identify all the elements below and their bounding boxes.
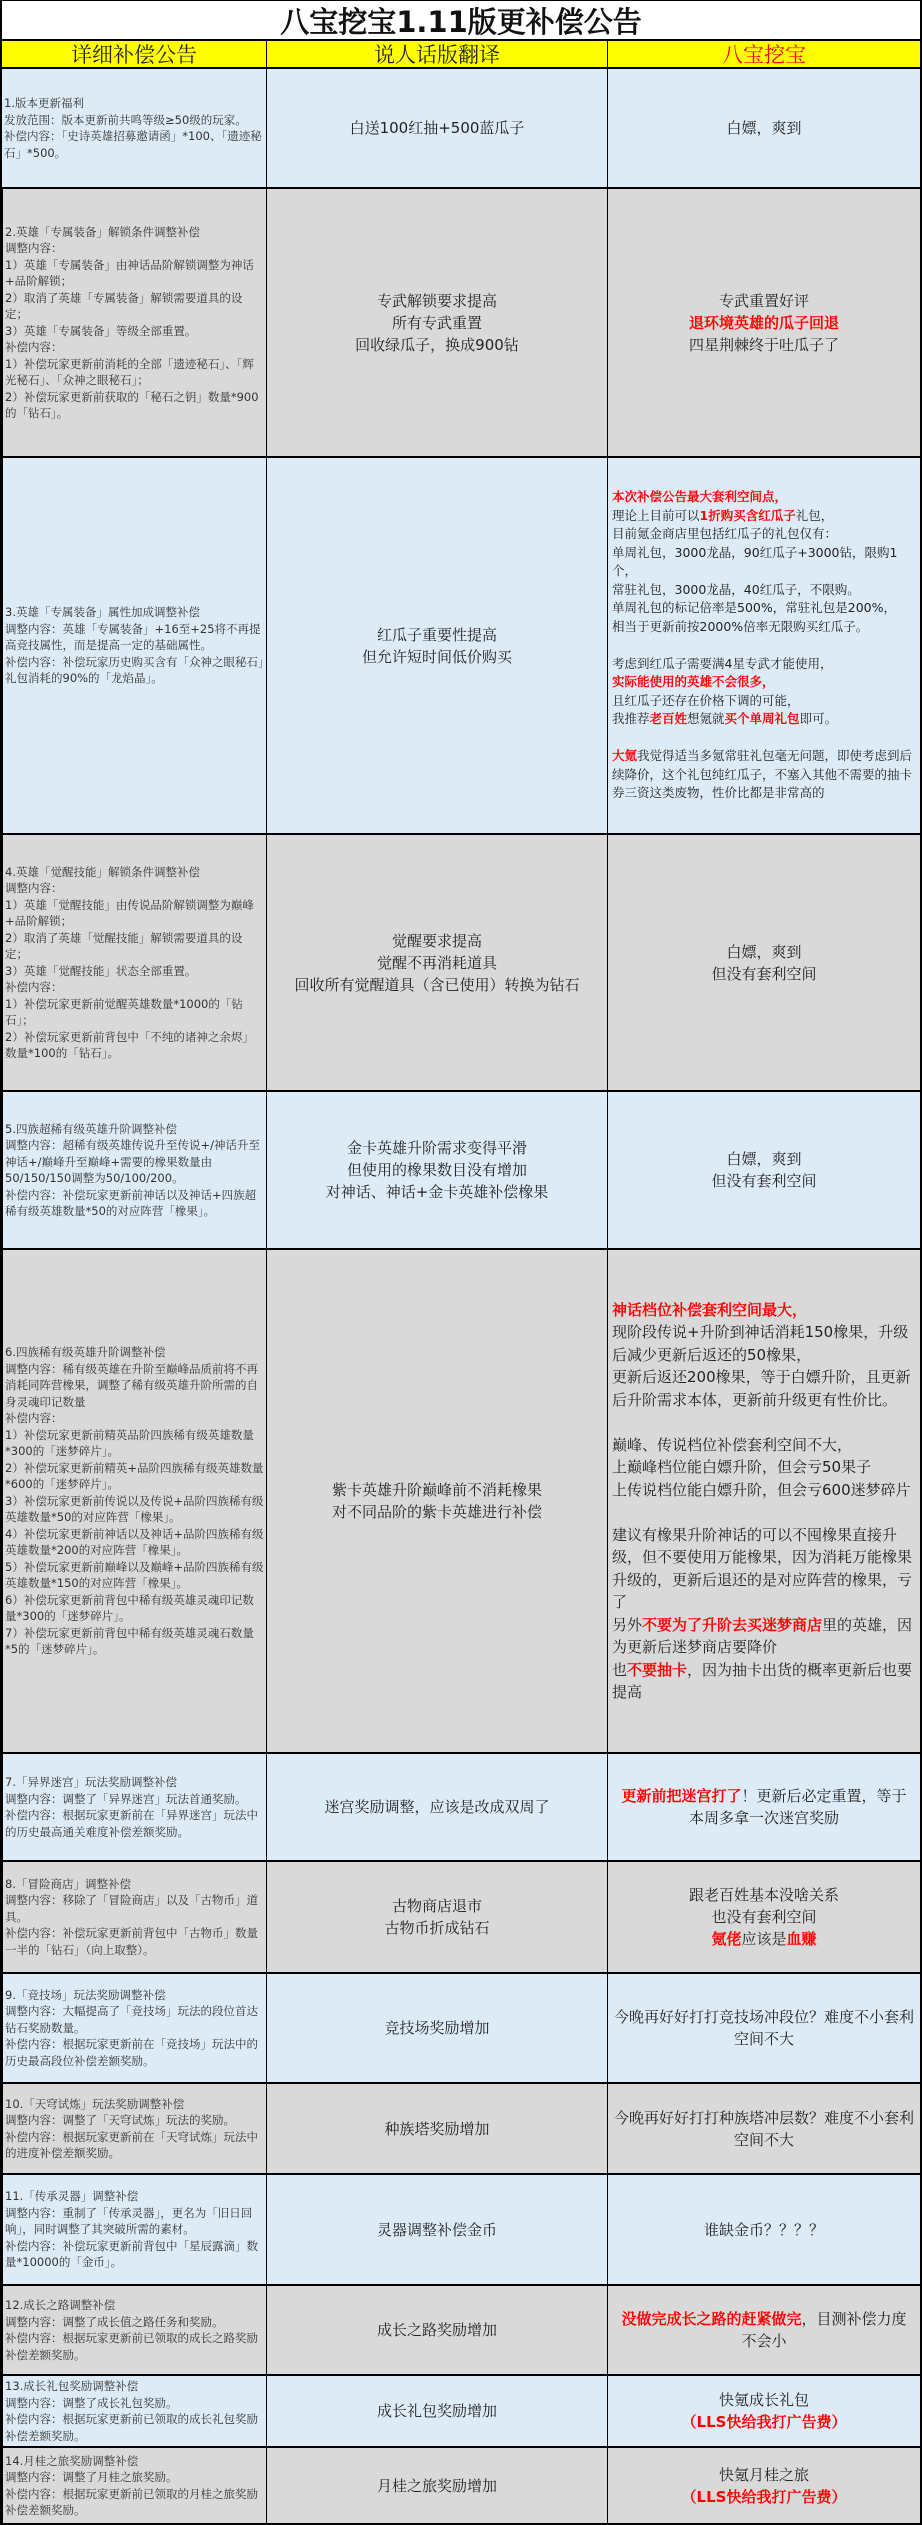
row-11-translation: 灵器调整补偿金币	[266, 2175, 607, 2286]
row-14-translation: 月桂之旅奖励增加	[266, 2448, 607, 2523]
row-5-translation: 金卡英雄升阶需求变得平滑 但使用的橡果数目没有增加 对神话、神话+金卡英雄补偿橡…	[266, 1092, 607, 1250]
header-babao: 八宝挖宝	[607, 39, 920, 69]
comment-text: 礼包， 目前氪金商店里包括红瓜子的礼包仅有： 单周礼包，3000龙晶，90红瓜子…	[612, 508, 897, 671]
row-10-comment: 今晚再好好打打种族塔冲层数？难度不小套利空间不大	[607, 2084, 920, 2175]
row-8-comment: 跟老百姓基本没啥关系 也没有套利空间 氪佬应该是血赚	[607, 1862, 920, 1974]
row-1-translation: 白送100红抽+500蓝瓜子	[266, 69, 607, 189]
highlight-text: 买个单周礼包	[725, 711, 800, 726]
comment-text: 理论上目前可以	[612, 508, 700, 523]
row-6-comment: 神话档位补偿套利空间最大， 现阶段传说+升阶到神话消耗150橡果，升级后减少更新…	[607, 1250, 920, 1754]
row-4-comment: 白嫖，爽到 但没有套利空间	[607, 835, 920, 1092]
row-8-translation: 古物商店退市 古物币折成钻石	[266, 1862, 607, 1974]
highlight-text: 退环境英雄的瓜子回退	[689, 314, 839, 332]
comment-text: 快氪月桂之旅	[719, 2466, 809, 2484]
row-10-translation: 种族塔奖励增加	[266, 2084, 607, 2175]
row-2-translation: 专武解锁要求提高 所有专武重置 回收绿瓜子，换成900钻	[266, 189, 607, 458]
row-14-detail: 14.月桂之旅奖励调整补偿 调整内容：调整了月桂之旅奖励。 补偿内容：根据玩家更…	[2, 2448, 266, 2523]
row-9-translation: 竞技场奖励增加	[266, 1974, 607, 2084]
highlight-text: 本次补偿公告最大套利空间点，	[612, 489, 787, 504]
comment-text: 即可。	[800, 711, 838, 726]
comment-text: 我觉得适当多氪常驻礼包毫无问题，即使考虑到后续降价，这个礼包纯红瓜子，不塞入其他…	[612, 748, 912, 800]
row-3-comment: 本次补偿公告最大套利空间点， 理论上目前可以1折购买含红瓜子礼包， 目前氪金商店…	[607, 458, 920, 835]
highlight-text: （LLS快给我打广告费）	[682, 2488, 847, 2506]
comment-text: 跟老百姓基本没啥关系 也没有套利空间	[689, 1886, 839, 1926]
highlight-text: 没做完成长之路的赶紧做完	[621, 2310, 801, 2328]
highlight-text: 血赚	[787, 1930, 817, 1948]
row-7-comment: 更新前把迷宫打了！更新后必定重置，等于本周多拿一次迷宫奖励	[607, 1754, 920, 1862]
highlight-text: （LLS快给我打广告费）	[682, 2413, 847, 2431]
row-7-detail: 7.「异界迷宫」玩法奖励调整补偿 调整内容：调整了「异界迷宫」玩法首通奖励。 补…	[2, 1754, 266, 1862]
header-detail: 详细补偿公告	[2, 39, 266, 69]
row-10-detail: 10.「天穹试炼」玩法奖励调整补偿 调整内容：调整了「天穹试炼」玩法的奖励。 补…	[2, 2084, 266, 2175]
highlight-text: 神话档位补偿套利空间最大，	[612, 1301, 807, 1319]
row-4-translation: 觉醒要求提高 觉醒不再消耗道具 回收所有觉醒道具（含已使用）转换为钻石	[266, 835, 607, 1092]
row-9-comment: 今晚再好好打打竞技场冲段位？难度不小套利空间不大	[607, 1974, 920, 2084]
comment-text: 应该是	[741, 1930, 786, 1948]
row-1-comment: 白嫖，爽到	[607, 69, 920, 189]
compensation-sheet: 八宝挖宝1.11版更补偿公告 详细补偿公告 说人话版翻译 八宝挖宝 1.版本更新…	[0, 0, 922, 2525]
row-1-detail: 1.版本更新福利 发放范围：版本更新前共鸣等级≥50级的玩家。 补偿内容：「史诗…	[2, 69, 266, 189]
row-11-comment: 谁缺金币？？？？	[607, 2175, 920, 2286]
highlight-text: 不要抽卡	[627, 1661, 687, 1679]
comment-text: 现阶段传说+升阶到神话消耗150橡果，升级后减少更新后返还的50橡果， 更新后返…	[612, 1323, 912, 1634]
row-7-translation: 迷宫奖励调整，应该是改成双周了	[266, 1754, 607, 1862]
row-13-comment: 快氪成长礼包 （LLS快给我打广告费）	[607, 2376, 920, 2448]
row-5-comment: 白嫖，爽到 但没有套利空间	[607, 1092, 920, 1250]
highlight-text: 氪佬	[711, 1930, 741, 1948]
row-3-detail: 3.英雄「专属装备」属性加成调整补偿 调整内容：英雄「专属装备」+16至+25将…	[2, 458, 266, 835]
row-9-detail: 9.「竞技场」玩法奖励调整补偿 调整内容：大幅提高了「竞技场」玩法的段位首达钻石…	[2, 1974, 266, 2084]
row-3-translation: 红瓜子重要性提高 但允许短时间低价购买	[266, 458, 607, 835]
row-12-translation: 成长之路奖励增加	[266, 2286, 607, 2376]
row-8-detail: 8.「冒险商店」调整补偿 调整内容：移除了「冒险商店」以及「古物币」道具。 补偿…	[2, 1862, 266, 1974]
comment-text: 专武重置好评	[719, 292, 809, 310]
row-2-comment: 专武重置好评 退环境英雄的瓜子回退 四星荆棘终于吐瓜子了	[607, 189, 920, 458]
sheet-title: 八宝挖宝1.11版更补偿公告	[2, 0, 920, 39]
highlight-text: 不要为了升阶去买迷梦商店	[642, 1616, 822, 1634]
highlight-text: 老百姓	[650, 711, 688, 726]
highlight-text: 实际能使用的英雄不会很多，	[612, 674, 775, 689]
highlight-text: 1折购买含红瓜子	[700, 508, 796, 523]
row-11-detail: 11.「传承灵器」调整补偿 调整内容：重制了「传承灵器」，更名为「旧日回响」，同…	[2, 2175, 266, 2286]
table: 详细补偿公告 说人话版翻译 八宝挖宝 1.版本更新福利 发放范围：版本更新前共鸣…	[2, 39, 920, 2523]
row-14-comment: 快氪月桂之旅 （LLS快给我打广告费）	[607, 2448, 920, 2523]
row-12-comment: 没做完成长之路的赶紧做完，目测补偿力度不会小	[607, 2286, 920, 2376]
row-4-detail: 4.英雄「觉醒技能」解锁条件调整补偿 调整内容： 1）英雄「觉醒技能」由传说品阶…	[2, 835, 266, 1092]
highlight-text: 大氪	[612, 748, 637, 763]
row-12-detail: 12.成长之路调整补偿 调整内容：调整了成长值之路任务和奖励。 补偿内容：根据玩…	[2, 2286, 266, 2376]
row-13-detail: 13.成长礼包奖励调整补偿 调整内容：调整了成长礼包奖励。 补偿内容：根据玩家更…	[2, 2376, 266, 2448]
row-6-detail: 6.四族稀有级英雄升阶调整补偿 调整内容：稀有级英雄在升阶至巅峰品质前将不再消耗…	[2, 1250, 266, 1754]
comment-text: 想氪就	[687, 711, 725, 726]
header-translation: 说人话版翻译	[266, 39, 607, 69]
row-13-translation: 成长礼包奖励增加	[266, 2376, 607, 2448]
row-5-detail: 5.四族超稀有级英雄升阶调整补偿 调整内容：超稀有级英雄传说升至传说+/神话升至…	[2, 1092, 266, 1250]
row-6-translation: 紫卡英雄升阶巅峰前不消耗橡果 对不同品阶的紫卡英雄进行补偿	[266, 1250, 607, 1754]
comment-text: 快氪成长礼包	[719, 2391, 809, 2409]
row-2-detail: 2.英雄「专属装备」解锁条件调整补偿 调整内容： 1）英雄「专属装备」由神话品阶…	[2, 189, 266, 458]
comment-text: 四星荆棘终于吐瓜子了	[689, 336, 839, 354]
highlight-text: 更新前把迷宫打了	[621, 1787, 741, 1805]
